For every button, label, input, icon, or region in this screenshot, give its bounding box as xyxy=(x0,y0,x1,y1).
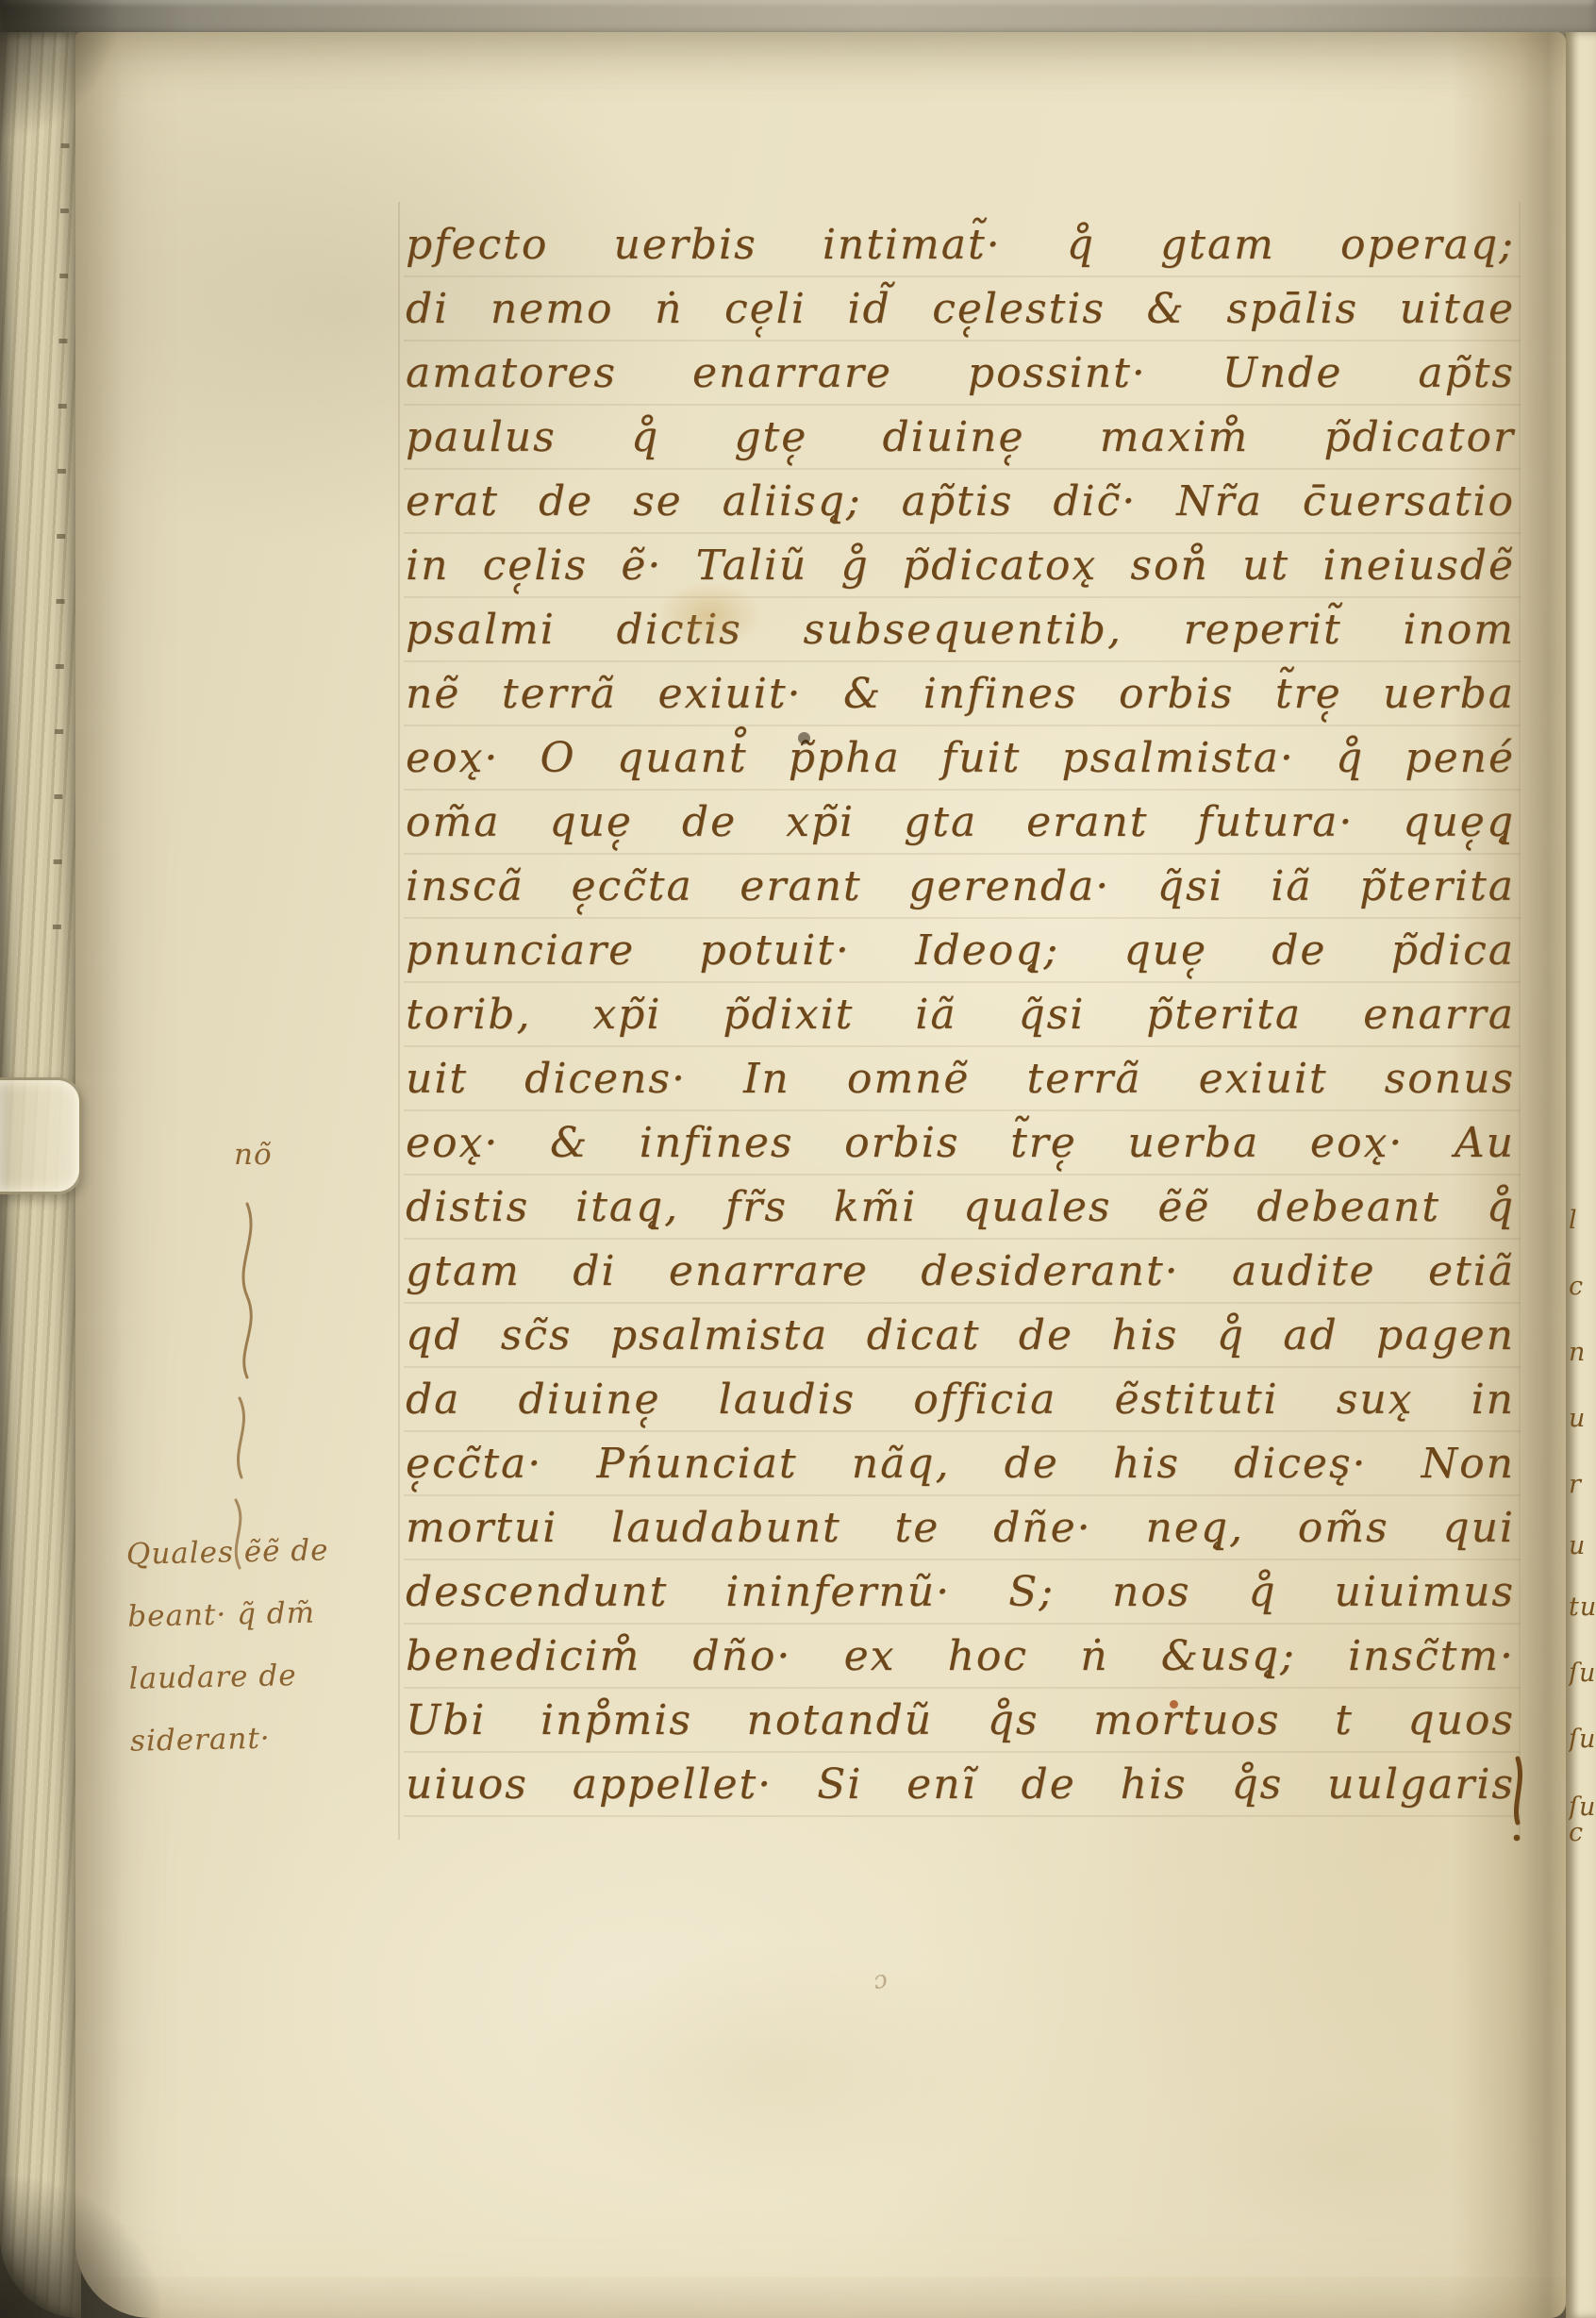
text-line: descendunt ininfernũ· S; nos q̊ uiuimus xyxy=(406,1560,1515,1625)
next-page-text-fragment: ſum xyxy=(1569,1660,1596,1686)
next-page-text-fragment: u xyxy=(1569,1406,1596,1431)
manuscript-photo: pfecto uerbis intimat̃· q̊ gtam operaq; … xyxy=(0,0,1596,2318)
text-line: om̃a que̜ de xp̃i gta erant futura· que̜… xyxy=(406,791,1515,855)
margin-note-line: beant· q̃ dm̃ xyxy=(127,1580,381,1648)
margin-gloss: nõ xyxy=(234,1138,273,1172)
margin-note-line: Quales ẽẽ de xyxy=(125,1518,379,1586)
text-line: benedicim̊ dño· ex hoc ṅ &usq̨; insc̃tm· xyxy=(406,1625,1515,1689)
text-line: qd sc̃s psalmista dicat de his q̊ ad pag… xyxy=(406,1304,1515,1368)
main-text-block: pfecto uerbis intimat̃· q̊ gtam operaq; … xyxy=(406,213,1515,1817)
next-leaf-fore-edge xyxy=(1566,32,1596,2318)
margin-note-line: siderant· xyxy=(129,1705,383,1773)
next-page-text-fragment: r xyxy=(1569,1472,1596,1497)
next-page-text-fragment: ſurr xyxy=(1569,1726,1596,1752)
next-page-text-fragment: u xyxy=(1569,1533,1596,1559)
text-line: gtam di enarrare desiderant· audite etiã xyxy=(406,1240,1515,1304)
text-line: di nemo ṅ ce̜li id̃ ce̜lestis & spālis u… xyxy=(406,277,1515,342)
bookmark-tab xyxy=(0,1077,82,1194)
right-margin-rule xyxy=(1519,202,1521,1840)
text-line: inscã e̜cc̃ta erant gerenda· q̃si iã p̃t… xyxy=(406,855,1515,919)
text-line: eox̨· O quant̊ p̃pha fuit psalmista· q̊ … xyxy=(406,726,1515,791)
text-line: erat de se aliisq̨; ap̃tis dic̃· Nr̃a c̄… xyxy=(406,470,1515,534)
text-line: e̜cc̃ta· Pńunciat nãq, de his dices̨· No… xyxy=(406,1432,1515,1496)
next-page-text-fragment: tu xyxy=(1569,1594,1596,1620)
text-line: torib, xp̃i p̃dixit iã q̃si p̃terita ena… xyxy=(406,983,1515,1047)
next-page-text-fragment: c xyxy=(1569,1274,1596,1299)
text-line: uiuos appellet· Si enĩ de his q̊s uulgar… xyxy=(406,1753,1515,1817)
margin-flourish xyxy=(224,1196,281,1574)
text-line: in ce̜lis ẽ· Taliũ g̊ p̃dicatox̨ son̊ ut… xyxy=(406,534,1515,598)
text-line: da diuine̜ laudis officia ẽstituti sux̨ … xyxy=(406,1368,1515,1432)
text-line: eox̨· & infines orbis t̃re̜ uerba eox̨· … xyxy=(406,1111,1515,1176)
left-margin-rule xyxy=(398,202,400,1840)
text-line: mortui laudabunt te dñe· neq̨, om̃s qui xyxy=(406,1496,1515,1560)
text-line: distis itaq̨, fr̃s km̃i quales ẽẽ debean… xyxy=(406,1176,1515,1240)
text-line: nẽ terrã exiuit· & infines orbis t̃re̜ u… xyxy=(406,662,1515,726)
next-page-text-fragment: n xyxy=(1569,1340,1596,1365)
text-line: Ubi inp̊mis notandũ q̊s mortuos t quos xyxy=(406,1689,1515,1753)
next-page-text-fragment: l xyxy=(1569,1208,1596,1233)
text-line: uit dicens· In omnẽ terrã exiuit sonus xyxy=(406,1047,1515,1111)
margin-note-line: laudare de xyxy=(128,1643,382,1710)
text-line: amatores enarrare possint· Unde ap̃ts xyxy=(406,342,1515,406)
end-flourish xyxy=(1505,1753,1530,1847)
text-line: pnunciare potuit· Ideoq̨; que̜ de p̃dica xyxy=(406,919,1515,983)
text-line: pfecto uerbis intimat̃· q̊ gtam operaq; xyxy=(406,213,1515,277)
next-page-text-fragment: ſuã c xyxy=(1569,1794,1596,1845)
margin-note: Quales ẽẽ de beant· q̃ dm̃ laudare de si… xyxy=(125,1518,383,1773)
text-line: paulus q̊ gte̜ diuine̜ maxim̊ p̃dicator xyxy=(406,406,1515,470)
text-line: psalmi dictis subsequentib, reperit̃ ino… xyxy=(406,598,1515,662)
